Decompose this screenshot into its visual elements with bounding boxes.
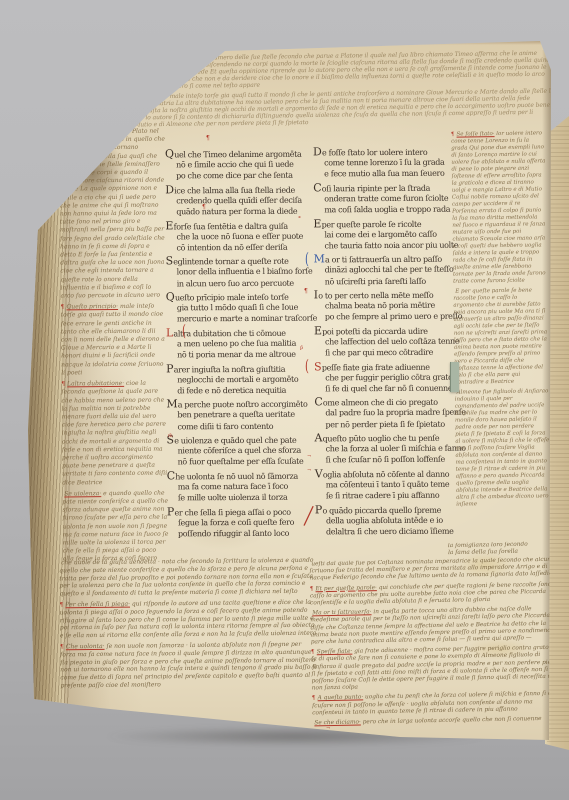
pilcrow-mark: ¶: [59, 128, 63, 135]
rubric-mark: (: [182, 325, 186, 341]
rubric-mark: m̄: [168, 434, 173, 439]
rubric-mark: (: [305, 253, 309, 269]
rubric-mark: ¶: [206, 136, 210, 142]
rubric-mark: ¶: [304, 289, 308, 295]
rubric-layer: ¶¶(m̄°(¶p̄(¬¬/¬: [28, 40, 552, 746]
rubric-mark: ¬: [307, 454, 311, 459]
rubric-mark: ¶: [202, 205, 206, 211]
gloss-lemma: Quel che Timeo·: [65, 128, 115, 135]
rubric-mark: °: [298, 217, 301, 223]
photo-background: La anima uiua fatta gentile riede come d…: [0, 0, 569, 800]
rubric-mark: (: [305, 360, 309, 376]
rubric-mark: ¬: [307, 468, 311, 473]
manuscript-page: La anima uiua fatta gentile riede come d…: [28, 40, 552, 746]
rubric-mark: /: [303, 503, 314, 529]
rubric-mark: p̄: [300, 346, 303, 351]
